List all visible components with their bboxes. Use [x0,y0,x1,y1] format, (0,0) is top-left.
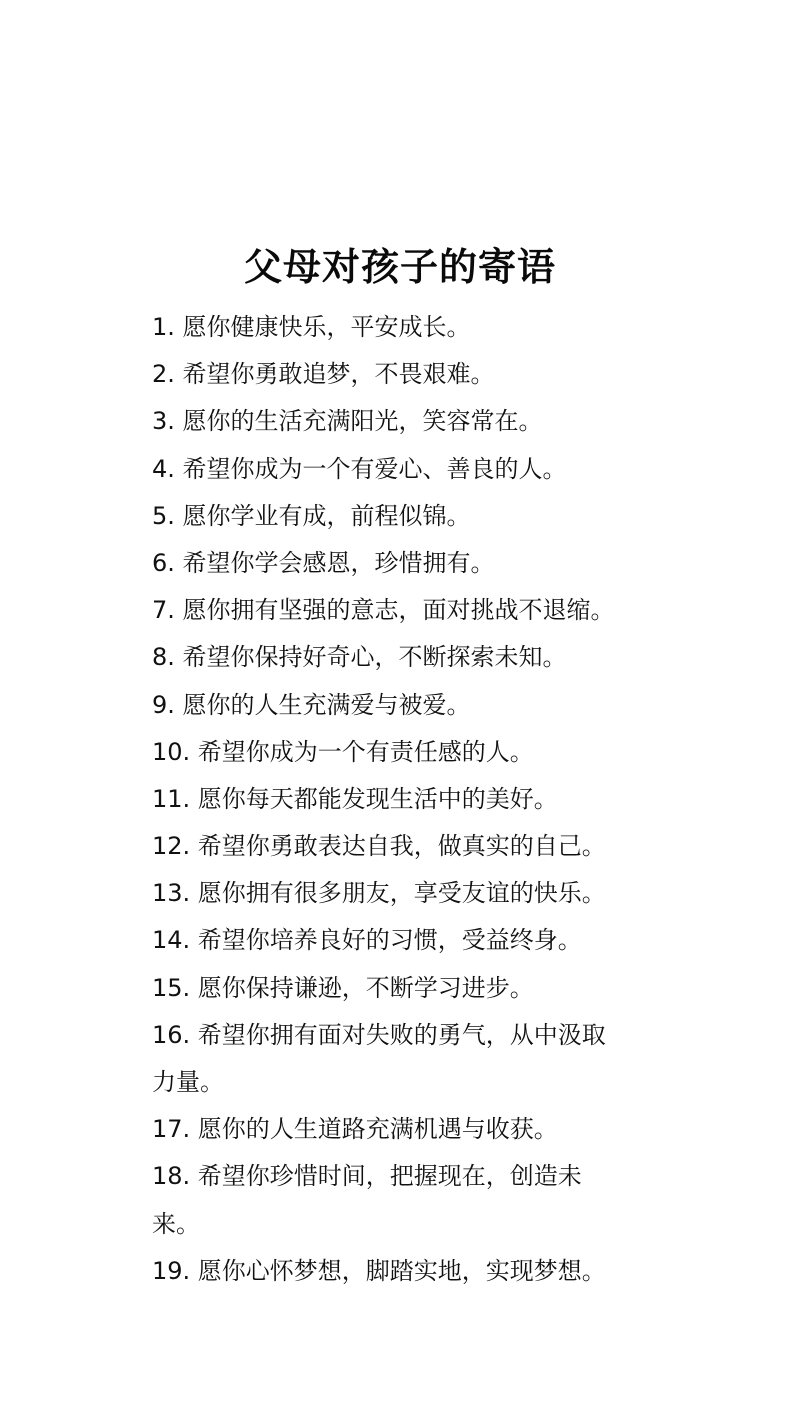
list-item: 9. 愿你的人生充满爱与被爱。 [152,682,652,729]
list-item: 17. 愿你的人生道路充满机遇与收获。 [152,1106,652,1153]
list-item: 16. 希望你拥有面对失败的勇气，从中汲取 [152,1012,652,1059]
list-item-continuation: 力量。 [152,1059,652,1106]
list-item: 3. 愿你的生活充满阳光，笑容常在。 [152,398,652,445]
list-item: 8. 希望你保持好奇心，不断探索未知。 [152,634,652,681]
page-title: 父母对孩子的寄语 [0,236,800,291]
list-item: 18. 希望你珍惜时间，把握现在，创造未 [152,1153,652,1200]
list-item: 5. 愿你学业有成，前程似锦。 [152,493,652,540]
list-item-continuation: 来。 [152,1201,652,1248]
list-item: 2. 希望你勇敢追梦，不畏艰难。 [152,351,652,398]
list-item: 6. 希望你学会感恩，珍惜拥有。 [152,540,652,587]
wish-list: 1. 愿你健康快乐，平安成长。 2. 希望你勇敢追梦，不畏艰难。 3. 愿你的生… [152,304,652,1295]
list-item: 7. 愿你拥有坚强的意志，面对挑战不退缩。 [152,587,652,634]
list-item: 15. 愿你保持谦逊，不断学习进步。 [152,965,652,1012]
list-item: 4. 希望你成为一个有爱心、善良的人。 [152,446,652,493]
list-item: 11. 愿你每天都能发现生活中的美好。 [152,776,652,823]
list-item: 19. 愿你心怀梦想，脚踏实地，实现梦想。 [152,1248,652,1295]
list-item: 12. 希望你勇敢表达自我，做真实的自己。 [152,823,652,870]
list-item: 1. 愿你健康快乐，平安成长。 [152,304,652,351]
list-item: 13. 愿你拥有很多朋友，享受友谊的快乐。 [152,870,652,917]
list-item: 14. 希望你培养良好的习惯，受益终身。 [152,917,652,964]
list-item: 10. 希望你成为一个有责任感的人。 [152,729,652,776]
